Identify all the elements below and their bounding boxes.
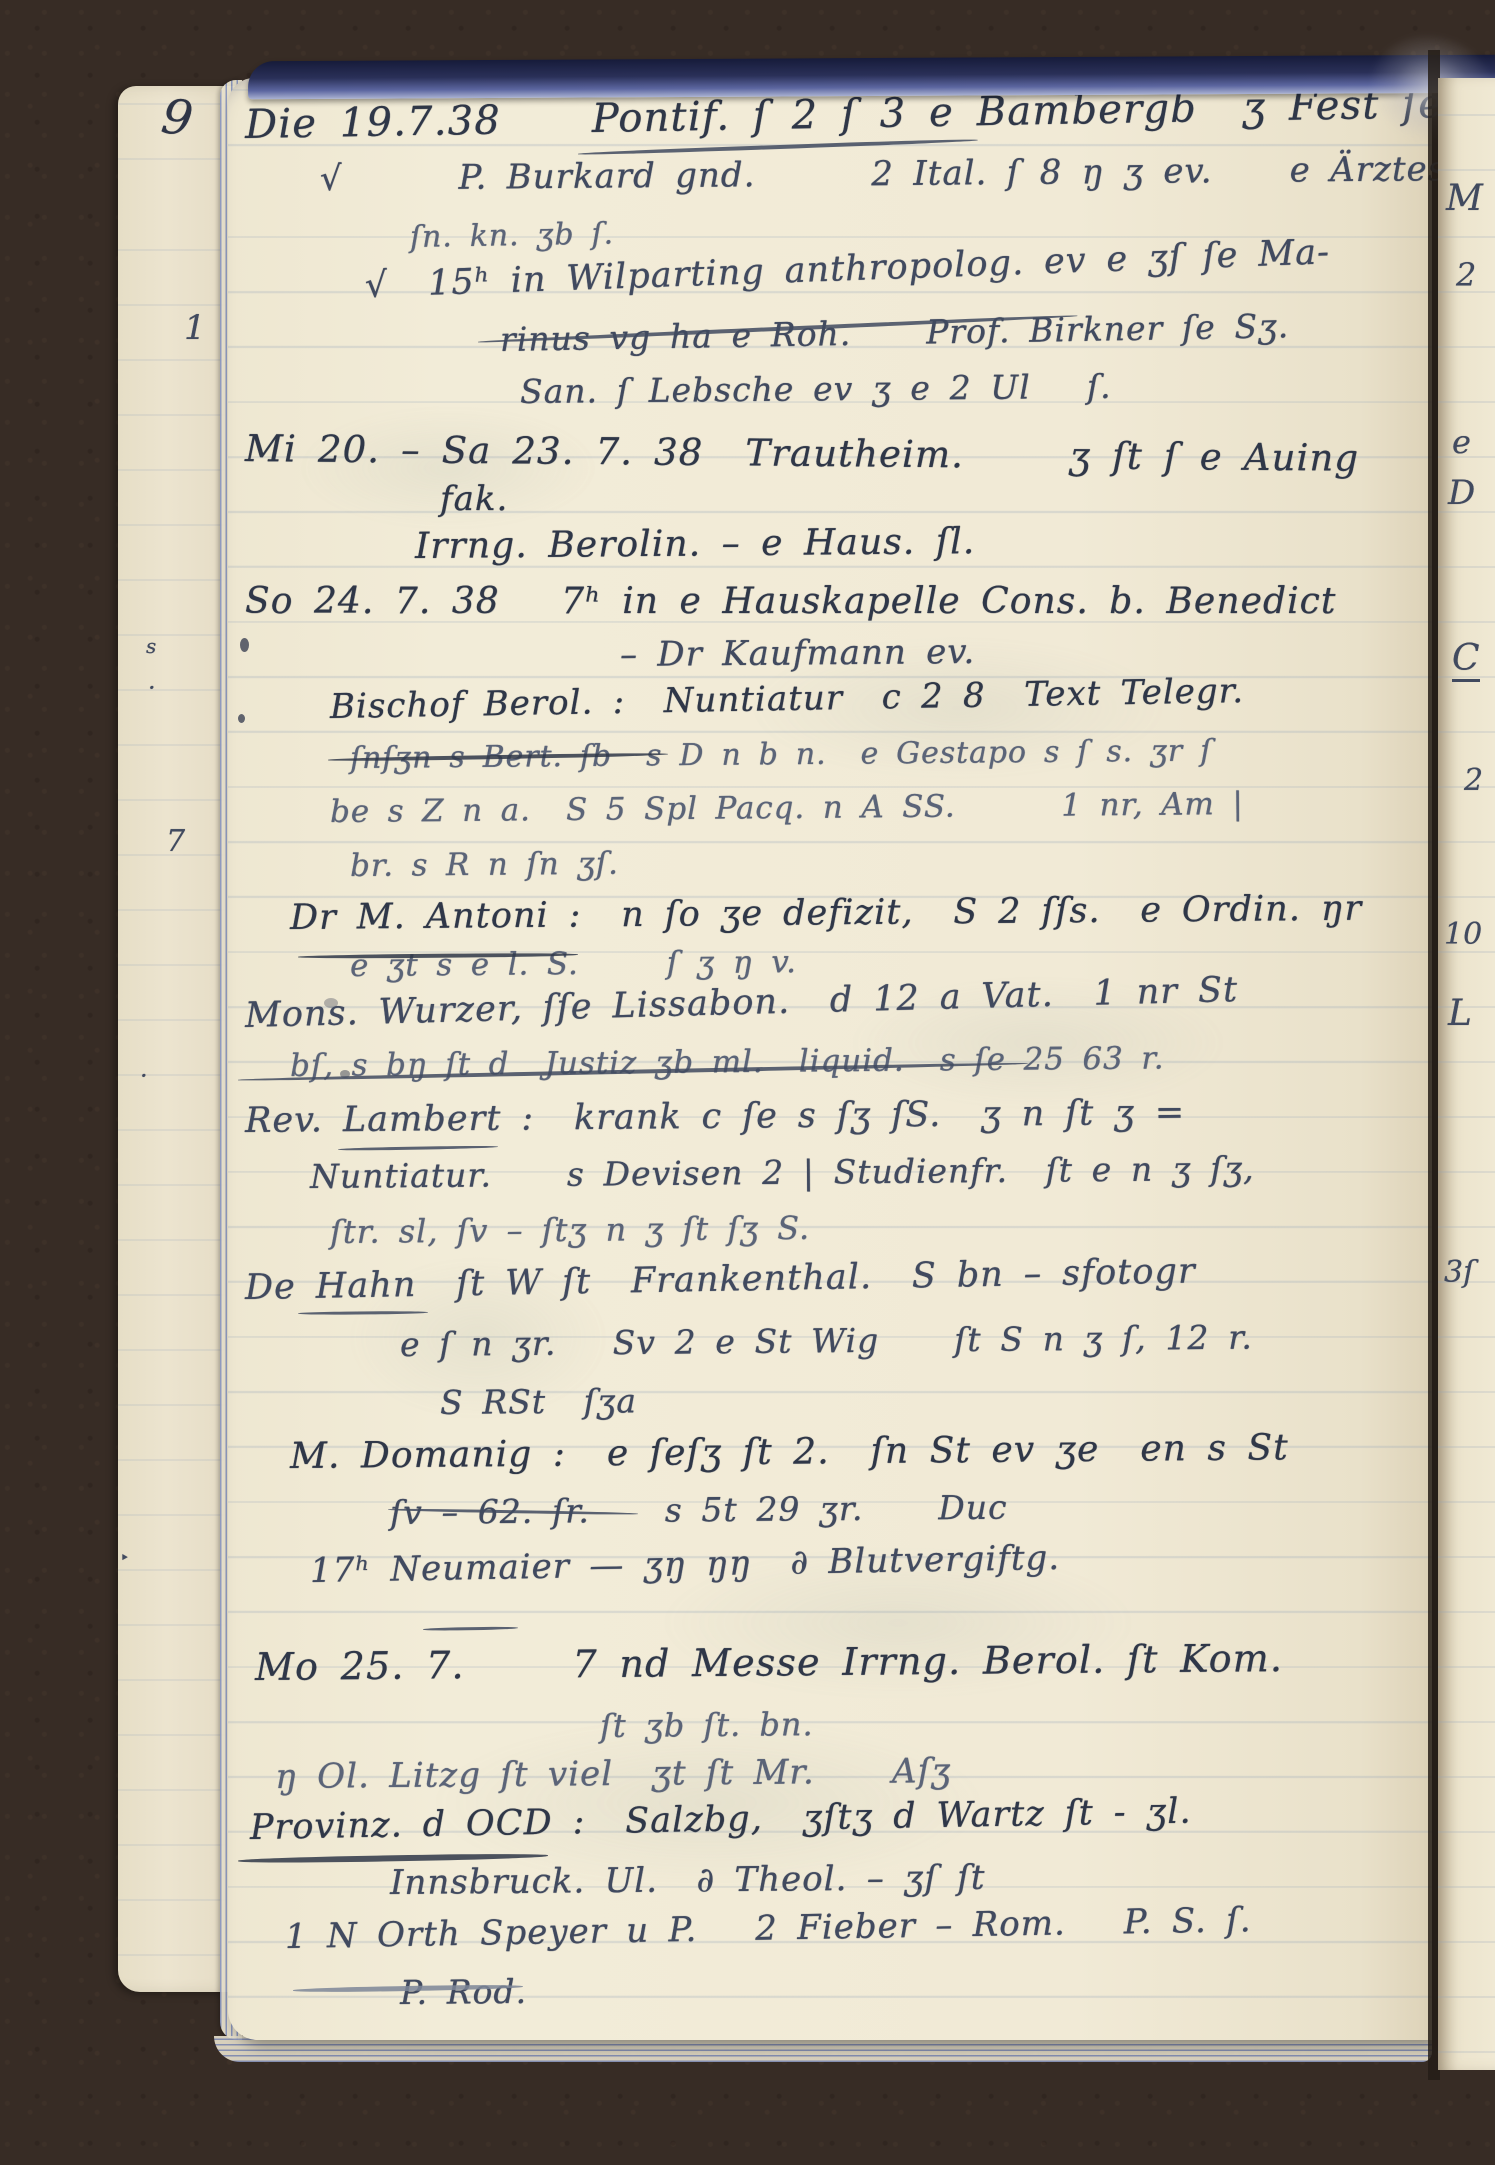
handwriting-line: Nuntiatur. s Devisen 2 | Studienfr. ſt e… — [310, 1152, 1255, 1195]
handwriting-line: Mi 20. – Sa 23. 7. 38 Trautheim. ʒ ſt ſ … — [245, 430, 1359, 479]
text-fragment: 2 — [1464, 763, 1483, 798]
handwriting-line: S RSt ſʒa — [440, 1384, 637, 1420]
main-page: Die 19.7.38 Pontif. ſ 2 ſ 3 e Bambergb ʒ… — [228, 78, 1432, 2040]
handwriting-line: be s Z n a. S 5 Spl Pacq. n A SS. 1 nr, … — [330, 788, 1244, 829]
ruled-lines — [1438, 78, 1495, 2070]
text-fragment: L — [1448, 993, 1472, 1034]
blue-page-top-edges — [248, 55, 1495, 100]
photo-of-notebook: 9 1s·7·‣ Die 19.7.38 Pontif. ſ 2 ſ 3 e B… — [0, 0, 1495, 2165]
facing-page-strip: M2eDC210L3ſ — [1438, 78, 1495, 2070]
text-fragment: · — [148, 674, 156, 702]
text-fragment: 2 — [1456, 256, 1476, 294]
handwriting-line: So 24. 7. 38 7ʰ in e Hauskapelle Cons. b… — [245, 583, 1336, 621]
text-fragment: 3ſ — [1444, 1255, 1474, 1290]
handwriting-line: ſn. kn. ʒb ſ. — [410, 218, 614, 253]
text-fragment: 10 — [1444, 917, 1482, 952]
handwriting-line: fak. — [440, 482, 508, 518]
handwriting-line: e ſ n ʒr. Sv 2 e St Wig ſt S n ʒ ſ, 12 r… — [400, 1321, 1253, 1363]
text-fragment: s — [146, 634, 156, 658]
text-fragment: C — [1452, 638, 1480, 682]
ink-speck — [238, 714, 245, 723]
handwriting-line: e ʒt s e l. S. ſ ʒ ŋ v. — [350, 946, 797, 982]
handwriting-line: Irrng. Berolin. – e Haus. ſl. — [415, 523, 976, 566]
handwriting-line: ŋ Ol. Litzg ſt viel ʒt ſt Mr. Aſʒ — [275, 1754, 952, 1796]
text-fragment: · — [140, 1062, 148, 1090]
handwriting-line: M. Domanig : e ſeſʒ ſt 2. ſn St ev ʒe en… — [290, 1429, 1289, 1476]
handwriting-line: Innsbruck. Ul. ∂ Theol. – ʒſ ſt — [390, 1861, 986, 1902]
text-fragment: e — [1452, 423, 1471, 461]
handwriting-line: ſt ʒb ſt. bn. — [600, 1708, 814, 1743]
text-fragment: 1 — [184, 308, 206, 348]
handwriting-line: ſtr. sl, ſv – ſtʒ n ʒ ſt ſʒ S. — [330, 1212, 810, 1250]
ink-speck — [240, 638, 249, 652]
handwriting-line: Mo 25. 7. 7 nd Messe Irrng. Berol. ſt Ko… — [255, 1639, 1283, 1688]
handwriting-line: San. ſ Lebsche ev ʒ e 2 Ul ſ. — [520, 370, 1112, 410]
text-fragment: D — [1448, 473, 1475, 513]
handwriting-line: Dr M. Antoni : n ſo ʒe defizit, S 2 ſſs.… — [290, 891, 1363, 937]
text-fragment: 7 — [166, 824, 185, 859]
handwriting-line: P. Rod. — [400, 1975, 527, 2011]
handwriting-line: – Dr Kaufmann ev. — [620, 635, 976, 674]
handwriting-line: Rev. Lambert : krank c ſe s ſʒ ſS. ʒ n ſ… — [245, 1095, 1186, 1140]
text-fragment: ‣ — [120, 1548, 129, 1567]
handwriting-line: br. s R n ſn ʒſ. — [350, 848, 619, 883]
text-fragment: M — [1446, 178, 1483, 219]
